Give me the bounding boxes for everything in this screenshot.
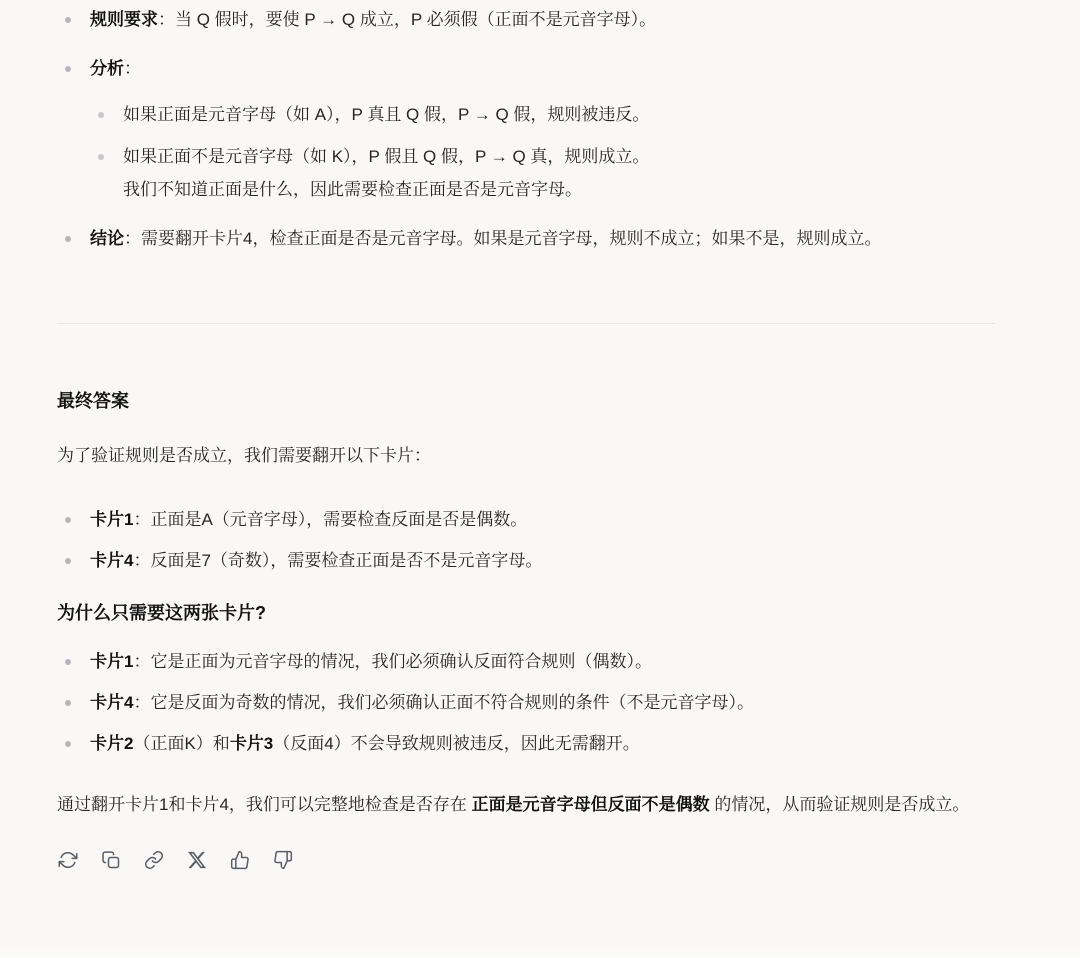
list-item: 规则要求：当 Q 假时，要使 P → Q 成立，P 必须假（正面不是元音字母）。 xyxy=(90,3,995,36)
why-heading: 为什么只需要这两张卡片? xyxy=(57,598,995,629)
link-icon xyxy=(144,850,164,870)
closing-paragraph: 通过翻开卡片1和卡片4，我们可以完整地检查是否存在 正面是元音字母但反面不是偶数… xyxy=(57,788,995,821)
analysis-list: 规则要求：当 Q 假时，要使 P → Q 成立，P 必须假（正面不是元音字母）。… xyxy=(57,3,995,255)
message-actions xyxy=(58,850,995,870)
list-item: 卡片4：反面是7（奇数），需要检查正面是否不是元音字母。 xyxy=(90,544,995,577)
assistant-message: 规则要求：当 Q 假时，要使 P → Q 成立，P 必须假（正面不是元音字母）。… xyxy=(0,0,1023,870)
copy-button[interactable] xyxy=(101,850,121,870)
thumbs-up-icon xyxy=(230,850,250,870)
cards-list: 卡片1：正面是A（元音字母），需要检查反面是否是偶数。卡片4：反面是7（奇数），… xyxy=(57,503,995,577)
why-list: 卡片1：它是正面为元音字母的情况，我们必须确认反面符合规则（偶数）。卡片4：它是… xyxy=(57,645,995,760)
list-item: 结论：需要翻开卡片4，检查正面是否是元音字母。如果是元音字母，规则不成立；如果不… xyxy=(90,222,995,255)
thumbs-up-button[interactable] xyxy=(230,850,250,870)
list-item: 卡片1：它是正面为元音字母的情况，我们必须确认反面符合规则（偶数）。 xyxy=(90,645,995,678)
share-x-button[interactable] xyxy=(187,850,207,870)
thumbs-down-button[interactable] xyxy=(273,850,293,870)
chat-page: 规则要求：当 Q 假时，要使 P → Q 成立，P 必须假（正面不是元音字母）。… xyxy=(0,0,1080,958)
sub-list: 如果正面是元音字母（如 A），P 真且 Q 假，P → Q 假，规则被违反。如果… xyxy=(90,98,995,206)
final-answer-heading: 最终答案 xyxy=(57,386,995,417)
share-link-button[interactable] xyxy=(144,850,164,870)
list-item: 卡片2（正面K）和卡片3（反面4）不会导致规则被违反，因此无需翻开。 xyxy=(90,727,995,760)
section-divider xyxy=(57,323,995,324)
thumbs-down-icon xyxy=(273,850,293,870)
x-icon xyxy=(187,850,207,870)
list-item: 如果正面不是元音字母（如 K），P 假且 Q 假，P → Q 真，规则成立。我们… xyxy=(123,140,995,206)
list-item: 分析：如果正面是元音字母（如 A），P 真且 Q 假，P → Q 假，规则被违反… xyxy=(90,52,995,206)
list-item: 卡片1：正面是A（元音字母），需要检查反面是否是偶数。 xyxy=(90,503,995,536)
copy-icon xyxy=(101,850,121,870)
list-item: 如果正面是元音字母（如 A），P 真且 Q 假，P → Q 假，规则被违反。 xyxy=(123,98,995,131)
final-answer-intro: 为了验证规则是否成立，我们需要翻开以下卡片： xyxy=(57,439,995,472)
regenerate-icon xyxy=(58,850,78,870)
list-item: 卡片4：它是反面为奇数的情况，我们必须确认正面不符合规则的条件（不是元音字母）。 xyxy=(90,686,995,719)
regenerate-button[interactable] xyxy=(58,850,78,870)
bottom-fade xyxy=(0,945,1080,958)
